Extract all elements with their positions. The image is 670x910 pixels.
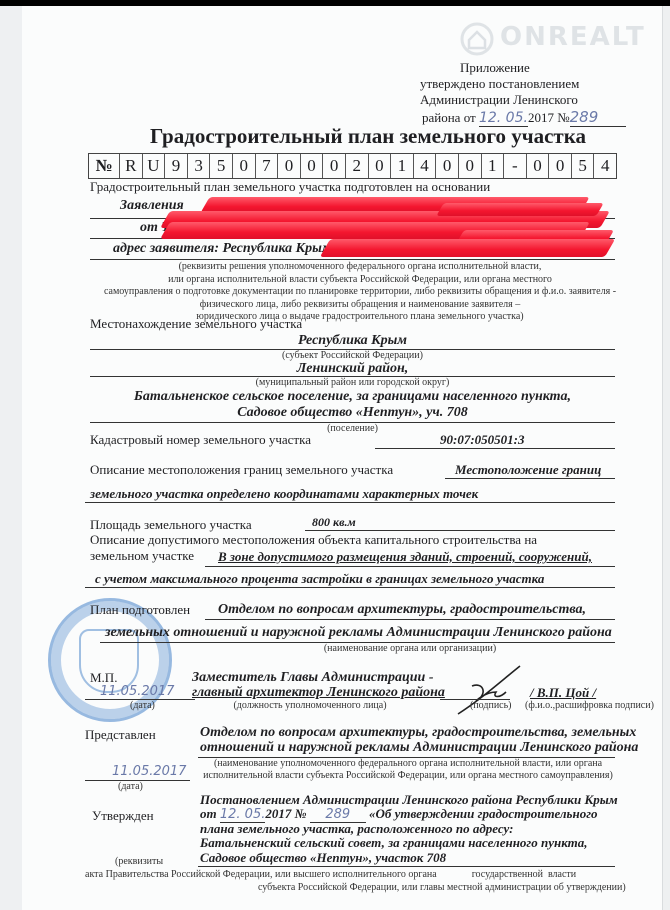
plan-number-char: 4 <box>414 154 437 178</box>
approved-line-5: Садовое общество «Нептун», участок 708 <box>200 850 446 866</box>
plan-number-char: 1 <box>391 154 414 178</box>
plan-number-char: 2 <box>346 154 369 178</box>
page-left-margin <box>0 6 22 910</box>
boundaries-label: Описание местоположения границ земельног… <box>90 462 393 478</box>
plan-number-char: 0 <box>459 154 482 178</box>
signer-name: / В.П. Цой / <box>530 685 596 701</box>
approved-line-4: Батальненский сельский совет, за граница… <box>200 835 587 851</box>
placement-value-2: с учетом максимального процента застройк… <box>95 571 544 587</box>
plan-number-char: 7 <box>256 154 279 178</box>
plan-number-char: 0 <box>369 154 392 178</box>
signer-name-caption: (ф.и.о.,расшифровка подписи) <box>525 700 654 711</box>
plan-number-char: 4 <box>594 154 616 178</box>
appendix-line1: Приложение <box>460 60 530 76</box>
approved-caption-2: субъекта Российской Федерации, или главы… <box>258 882 626 893</box>
presented-date: 11.05.2017 <box>112 764 186 779</box>
plan-number-char: 0 <box>233 154 256 178</box>
plan-number-char: 9 <box>165 154 188 178</box>
page-right-edge <box>662 6 670 910</box>
prepared-line-1 <box>205 619 615 620</box>
plan-number-char: U <box>143 154 166 178</box>
placement-line-1 <box>205 566 615 567</box>
signature-position-2: главный архитектор Ленинского района <box>192 685 445 701</box>
approved-line <box>198 866 615 867</box>
area-label: Площадь земельного участка <box>90 517 252 533</box>
plan-number-char: 0 <box>323 154 346 178</box>
presented-caption: (наименование уполномоченного федерально… <box>198 758 618 782</box>
plan-number-char: 0 <box>278 154 301 178</box>
sign-caption: (подпись) <box>470 700 512 711</box>
placement-value-1: В зоне допустимого размещения зданий, ст… <box>218 549 592 565</box>
placement-label-2: земельном участке <box>90 548 194 564</box>
plan-number-label: № <box>89 154 120 178</box>
prepared-value-1: Отделом по вопросам архитектуры, градост… <box>218 602 586 618</box>
boundaries-value-2: земельного участка определено координата… <box>90 486 478 502</box>
placement-label-1: Описание допустимого местоположения объе… <box>90 532 537 548</box>
cadastral-value: 90:07:050501:3 <box>440 432 525 448</box>
redaction-bar <box>320 239 615 257</box>
approved-caption-prefix: (реквизиты <box>115 856 163 867</box>
appendix-line3: Администрации Ленинского <box>420 92 578 108</box>
presented-value-1: Отделом по вопросам архитектуры, градост… <box>200 725 636 741</box>
prepared-caption: (наименование органа или организации) <box>200 643 620 654</box>
house-icon <box>460 22 494 56</box>
plan-number-char: 0 <box>549 154 572 178</box>
location-subject-caption: (субъект Российской Федерации) <box>90 350 615 361</box>
location-settlement-2: Садовое общество «Нептун», уч. 708 <box>60 405 645 421</box>
redaction-bar <box>436 203 604 216</box>
approved-caption-1: акта Правительства Российской Федерации,… <box>85 869 576 880</box>
location-label: Местонахождение земельного участка <box>90 316 302 332</box>
plan-number-char: R <box>120 154 143 178</box>
signature-position-1: Заместитель Главы Администрации - <box>192 670 434 686</box>
basis-caption: (реквизиты решения уполномоченного федер… <box>60 261 660 324</box>
appendix-line2: утверждено постановлением <box>420 76 579 92</box>
cadastral-line <box>375 448 615 449</box>
plan-number-char: 0 <box>436 154 459 178</box>
plan-number-grid: № RU935070002014001-0054 <box>88 153 617 179</box>
cadastral-label: Кадастровый номер земельного участка <box>90 432 311 448</box>
signature-date-caption: (дата) <box>130 700 155 711</box>
basis-line-3 <box>90 259 615 260</box>
watermark-brand: ONREALT <box>500 22 646 52</box>
presented-label: Представлен <box>85 727 156 743</box>
location-subject: Республика Крым <box>90 333 615 349</box>
document-title: Градостроительный план земельного участк… <box>150 124 586 149</box>
plan-number-char: 5 <box>210 154 233 178</box>
location-district: Ленинский район, <box>90 361 615 377</box>
basis-intro: Градостроительный план земельного участк… <box>90 179 490 195</box>
location-settlement-1: Батальненское сельское поселение, за гра… <box>60 389 645 405</box>
plan-number-char: 1 <box>482 154 505 178</box>
signature-position-caption: (должность уполномоченного лица) <box>195 700 425 711</box>
prepared-label: План подготовлен <box>90 602 190 618</box>
boundaries-value-1: Местоположение границ <box>455 462 601 478</box>
area-line <box>305 530 615 531</box>
boundaries-line-2 <box>85 502 615 503</box>
signature-date: 11.05.2017 <box>100 684 174 699</box>
prepared-value-2: земельных отношений и наружной рекламы А… <box>105 625 612 641</box>
presented-value-2: отношений и наружной рекламы Администрац… <box>200 740 638 756</box>
plan-number-char: 0 <box>527 154 550 178</box>
plan-number-char: 5 <box>572 154 595 178</box>
presented-date-caption: (дата) <box>118 781 143 792</box>
location-district-caption: (муниципальный район или городской округ… <box>90 377 615 388</box>
plan-number-char: 0 <box>301 154 324 178</box>
area-value: 800 кв.м <box>312 515 356 530</box>
boundaries-line-1 <box>445 478 615 479</box>
plan-number-char: - <box>504 154 527 178</box>
plan-number-char: 3 <box>188 154 211 178</box>
approved-label: Утвержден <box>92 808 154 824</box>
placement-line-2 <box>85 587 615 588</box>
